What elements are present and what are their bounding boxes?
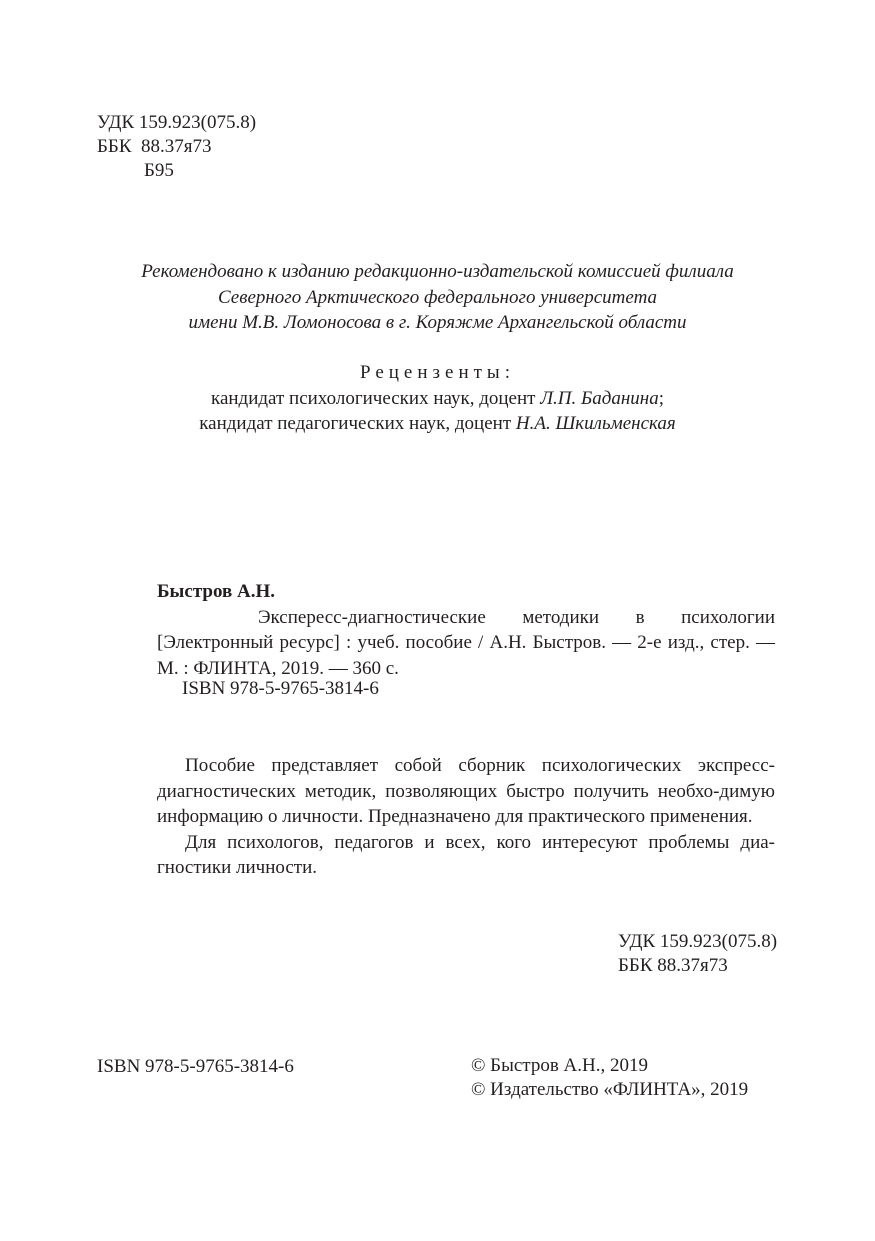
bbk-code: ББК 88.37я73 <box>97 135 256 159</box>
record-description: Экспересс-диагностические методики в пси… <box>157 605 775 682</box>
footer-udk: УДК 159.923(075.8) <box>618 930 777 954</box>
recommendation-line: Северного Арктического федерального унив… <box>0 285 875 311</box>
reviewer-name: Л.П. Баданина <box>540 388 659 409</box>
reviewer-item: кандидат педагогических наук, доцент Н.А… <box>0 411 875 437</box>
annotation-paragraph: Пособие представляет собой сборник психо… <box>157 753 775 830</box>
footer-isbn: ISBN 978-5-9765-3814-6 <box>97 1054 294 1079</box>
reviewer-name: Н.А. Шкильменская <box>516 413 676 434</box>
copyright-author: © Быстров А.Н., 2019 <box>471 1054 748 1078</box>
reviewer-item: кандидат психологических наук, доцент Л.… <box>0 386 875 412</box>
annotation: Пособие представляет собой сборник психо… <box>157 753 775 881</box>
annotation-paragraph: Для психологов, педагогов и всех, кого и… <box>157 830 775 881</box>
recommendation-line: Рекомендовано к изданию редакционно-изда… <box>0 259 875 285</box>
recommendation-line: имени М.В. Ломоносова в г. Коряжме Архан… <box>0 310 875 336</box>
record-author: Быстров А.Н. <box>157 579 775 605</box>
bibliographic-record: Быстров А.Н. Экспересс-диагностические м… <box>157 579 775 681</box>
reviewer-title: кандидат педагогических наук, доцент <box>199 413 516 434</box>
record-isbn: ISBN 978-5-9765-3814-6 <box>182 676 379 701</box>
author-sign: Б95 <box>97 159 256 183</box>
reviewers-block: Рецензенты: кандидат психологических нау… <box>0 360 875 437</box>
copyright-block: © Быстров А.Н., 2019 © Издательство «ФЛИ… <box>471 1054 748 1102</box>
reviewer-title: кандидат психологических наук, доцент <box>211 388 540 409</box>
classification-codes: УДК 159.923(075.8) ББК 88.37я73 Б95 <box>97 111 256 183</box>
reviewers-heading: Рецензенты: <box>0 360 875 386</box>
recommendation-note: Рекомендовано к изданию редакционно-изда… <box>0 259 875 336</box>
footer-bbk: ББК 88.37я73 <box>618 954 777 978</box>
footer-codes: УДК 159.923(075.8) ББК 88.37я73 <box>618 930 777 978</box>
reviewer-suffix: ; <box>659 388 664 409</box>
udk-code: УДК 159.923(075.8) <box>97 111 256 135</box>
copyright-publisher: © Издательство «ФЛИНТА», 2019 <box>471 1078 748 1102</box>
